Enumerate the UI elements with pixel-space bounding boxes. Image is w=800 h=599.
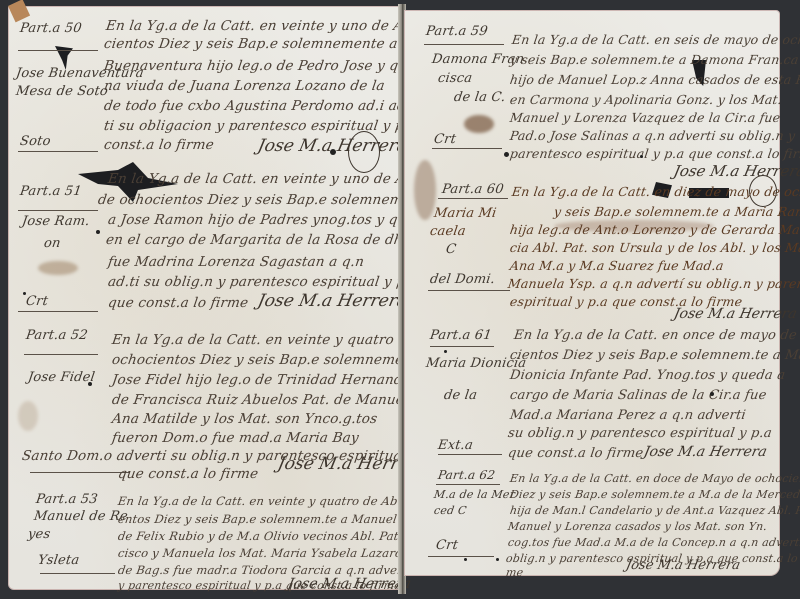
entry-line: Buenaventura hijo leg.o de Pedro Jose y … [103, 58, 417, 74]
margin-rule [432, 148, 502, 149]
right-page: Part.a 59 Damona Fran cisca de la C. Crt… [404, 10, 780, 576]
margin-rule [428, 290, 510, 291]
entry-line: En la Yg.a de la Catt. en veinte y quatr… [111, 332, 417, 348]
ink-dot [710, 392, 714, 396]
ink-dot [640, 155, 643, 158]
ink-bleed [464, 115, 494, 133]
entry-line: hija de Man.l Candelario y de Ant.a Vazq… [509, 504, 800, 517]
entry-line: Manuela Ysp. a q.n advertí su oblig.n y … [507, 276, 800, 291]
margin-rule [424, 44, 504, 45]
margin-name: yes [27, 527, 51, 542]
entry-line: cog.tos fue Mad.a M.a de la Concep.n a q… [507, 536, 800, 549]
entry-line: su oblig.n y parentesco espiritual y p.a [507, 426, 773, 441]
ink-dot [444, 350, 447, 353]
entry-line: en Carmona y Apolinaria Gonz. y los Mat. [509, 92, 783, 107]
entry-line: na viuda de Juana Lorenza Lozano de la [103, 78, 386, 94]
entry-line: En la Yg.a de la Catt. en diez de mayo d… [511, 184, 800, 199]
entry-line: Mad.a Mariana Perez a q.n adverti [509, 408, 747, 423]
margin-rule [18, 311, 98, 312]
margin-status: Crt [25, 294, 49, 309]
entry-line: de ochocientos Diez y seis Bap.e solemne… [97, 192, 435, 208]
margin-name: caela [429, 224, 467, 239]
signature: Jose M.a Herrera [642, 444, 768, 460]
entry-line: Pad.o Jose Salinas a q.n adverti su obli… [509, 128, 796, 143]
margin-name: C [445, 242, 457, 257]
entry-line: de Francisca Ruiz Abuelos Pat. de Manuel… [111, 392, 422, 408]
margin-status: Ysleta [37, 553, 80, 568]
margin-entry-number: Part.a 62 [437, 468, 496, 482]
ink-dot [496, 558, 499, 561]
margin-name: de la [443, 388, 478, 403]
entry-line: ad.ti su oblig.n y parentesco espiritual… [107, 274, 419, 290]
margin-status: del Domi. [429, 272, 496, 287]
margin-rule [18, 151, 98, 152]
entry-line: Ana M.a y M.a Suarez fue Mad.a [509, 258, 725, 273]
margin-rule [436, 484, 500, 485]
margin-entry-number: Part.a 60 [441, 182, 505, 197]
left-page: Part.a 50 Jose Buenaventura Mesa de Soto… [8, 6, 400, 590]
entry-line: Manuel y Lorenza casados y los Mat. son … [507, 520, 768, 533]
entry-line: Dionicia Infante Pad. Ynog.tos y queda a [509, 368, 786, 383]
entry-line: En la Yg.a de la Catt. en seis de mayo d… [511, 32, 800, 47]
margin-entry-number: Part.a 53 [35, 492, 99, 507]
signature: Jose M.a Herrera [624, 558, 741, 573]
entry-line: a Jose Ramon hijo de Padres ynog.tos y q… [107, 212, 416, 228]
margin-rule [40, 573, 115, 574]
margin-name: de la C. [453, 90, 507, 105]
margin-status: Soto [19, 134, 52, 149]
margin-rule [18, 50, 98, 51]
margin-rule [18, 210, 98, 211]
margin-name: on [43, 236, 62, 251]
entry-line: En la Yg.a de la Catt. en doce de Mayo d… [509, 472, 800, 485]
signature: Jose M.a Herrera [672, 306, 798, 322]
entry-line: que const.a lo firme [107, 295, 250, 311]
entry-line: fueron Dom.o fue mad.a Maria Bay [111, 430, 360, 446]
entry-line: cia Abl. Pat. son Ursula y de los Abl. y… [509, 240, 800, 255]
ink-bleed [414, 160, 436, 220]
entry-line: ti su obligacion y parentesco espiritual… [103, 118, 448, 134]
margin-rule [30, 472, 130, 473]
entry-line: cargo de Maria Salinas de la Cir.a fue [509, 388, 768, 403]
water-stain [38, 261, 78, 275]
margin-status: Crt [433, 132, 457, 147]
margin-name: Jose Fidel [27, 370, 96, 385]
entry-line: que const.a lo firme [117, 466, 260, 482]
entry-line: cisco y Manuela los Mat. Maria Ysabela L… [117, 546, 403, 560]
ink-dot [330, 149, 336, 155]
margin-entry-number: Part.a 50 [19, 21, 83, 36]
signature: Jose M.a Herrera [286, 576, 412, 592]
signature-rubric [348, 131, 380, 173]
entry-line: cientos Diez y seis Bap.e solemnemente a… [103, 36, 433, 52]
margin-name: Jose Ram. [21, 214, 91, 229]
entry-line: hijo de Manuel Lop.z Anna casados de est… [509, 72, 800, 87]
margin-name: Manuel de Re [33, 509, 129, 524]
margin-rule [438, 454, 502, 455]
margin-status: Ext.a [437, 438, 474, 453]
entry-line: cientos Diez y seis Bap.e solemnem.te a … [509, 348, 800, 363]
ink-dot [88, 382, 92, 386]
margin-rule [430, 346, 494, 347]
ink-dot [504, 152, 509, 157]
entry-line: const.a lo firme [103, 137, 215, 153]
margin-name: Maria Mi [433, 206, 497, 221]
entry-line: Ana Matilde y los Mat. son Ynco.g.tos [111, 411, 379, 427]
signature: Jose M.a Herrera [256, 291, 409, 311]
entry-line: Manuel y Lorenza Vazquez de la Cir.a fue [509, 110, 781, 125]
ink-dot [23, 292, 26, 295]
entry-line: Jose Fidel hijo leg.o de Trinidad Hernan… [111, 372, 432, 388]
entry-line: que const.a lo firme [507, 446, 644, 461]
margin-entry-number: Part.a 52 [25, 328, 89, 343]
margin-entry-number: Part.a 51 [19, 184, 83, 199]
margin-rule [428, 556, 494, 557]
margin-name: M.a de la Mer [433, 488, 516, 501]
entry-line: y seis Bap.e solemnem.te a Damona Fran.c… [509, 52, 800, 67]
entry-line: hija leg.a de Ant.o Lorenzo y de Gerarda… [509, 222, 800, 237]
entry-line: en el cargo de Margarita de la Rosa de d… [105, 232, 445, 248]
entry-line: y seis Bap.e solemnem.te a Maria Ramona [553, 204, 800, 219]
signature: Jose M.a Herrera [672, 162, 800, 180]
margin-entry-number: Part.a 59 [425, 24, 489, 39]
entry-line: de todo fue cxbo Agustina Perdomo ad.i a… [103, 98, 430, 114]
margin-name: cisca [437, 71, 473, 86]
margin-rule [24, 354, 98, 355]
ink-dot [96, 230, 100, 234]
entry-line: parentesco espiritual y p.a que const.a … [509, 146, 800, 161]
entry-line: En la Yg.a de la Catt. en veinte y uno d… [107, 171, 431, 187]
margin-rule [438, 198, 508, 199]
margin-status: Crt [435, 538, 459, 553]
entry-line: ochocientos Diez y seis Bap.e solemnemen… [111, 352, 440, 368]
entry-line: En la Yg.a de la Catt. en once de mayo d… [513, 328, 800, 343]
water-stain [18, 401, 38, 431]
entry-line: me [505, 566, 524, 579]
entry-line: Diez y seis Bap.e solemnem.te a M.a de l… [509, 488, 800, 501]
margin-entry-number: Part.a 61 [429, 328, 493, 343]
margin-name: Mesa de Soto [15, 84, 109, 99]
entry-line: fue Madrina Lorenza Sagastan a q.n [107, 254, 365, 270]
margin-name: ced C [433, 504, 467, 517]
ink-dot [464, 558, 467, 561]
